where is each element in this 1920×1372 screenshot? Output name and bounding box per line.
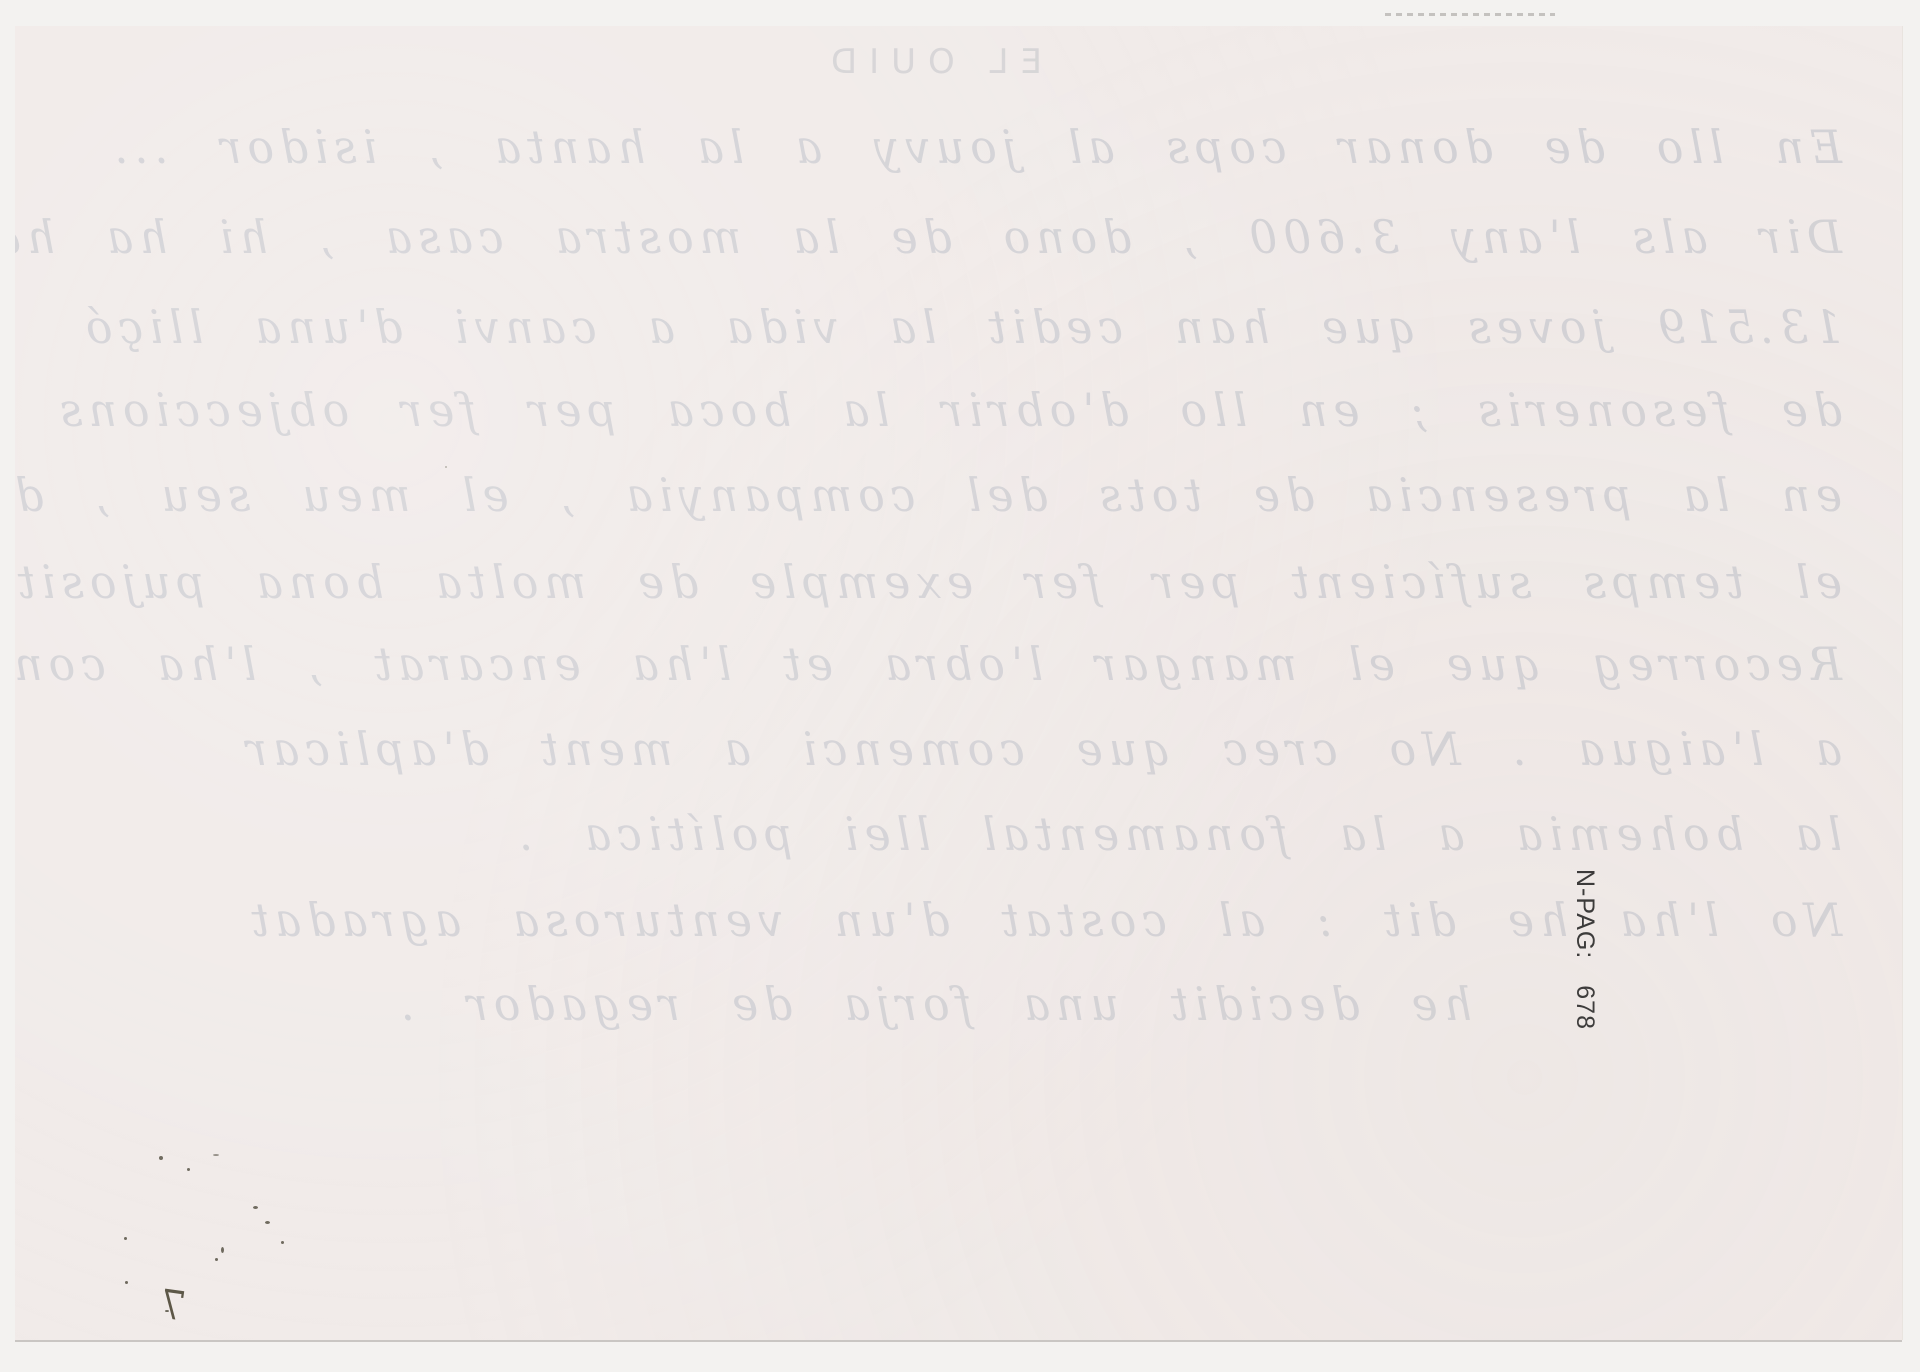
scanner-edge-marks — [1385, 13, 1555, 16]
page-number-stamp: N-PAG:678 — [1570, 869, 1599, 1030]
dust-speck — [187, 1168, 190, 1171]
handwritten-line-6: el temps sufícient per fer exemple de mo… — [15, 556, 1842, 610]
handwritten-line-7: Recorreg que el mangar l'obra et l'ha en… — [15, 638, 1842, 692]
handwritten-line-4: de fesoneris ; en llo d'obrir la boca pe… — [15, 384, 1842, 438]
dust-speck — [253, 1206, 258, 1209]
dust-speck — [159, 1156, 163, 1160]
handwritten-line-5: en la presencia de tots del companyia , … — [15, 469, 1842, 523]
handwritten-line-9: la bohemia a la fonamental llei política… — [513, 808, 1842, 862]
dust-speck — [221, 1247, 224, 1253]
handwritten-line-8: a l'aigua . No crec que comenci a ment d… — [240, 723, 1842, 777]
handwritten-line-2: Dir als l'any 3.600 , dono de la mostra … — [15, 211, 1842, 265]
mirrored-heading: EL OUID — [819, 42, 1042, 82]
dust-speck — [281, 1241, 284, 1244]
dust-speck — [265, 1221, 270, 1224]
dust-speck — [124, 1237, 127, 1240]
handwritten-line-10: No l'ha he dit : al costat d'un venturos… — [245, 894, 1842, 948]
handwritten-line-3: 13.519 joves que han cedit la vida a can… — [80, 301, 1842, 355]
dust-speck — [215, 1258, 218, 1261]
stamp-number: 678 — [1571, 985, 1599, 1030]
stamp-label: N-PAG: — [1571, 869, 1599, 959]
handwritten-line-11: he decidit una forja de regador . — [395, 978, 1472, 1032]
handwritten-line-1: En llo de donar cops al jouvy a la hanta… — [109, 121, 1842, 175]
dust-speck — [125, 1281, 128, 1284]
dust-speck — [213, 1154, 219, 1156]
letter-sheet: EL OUID En llo de donar cops al jouvy a … — [15, 26, 1902, 1340]
dust-speck — [445, 466, 447, 468]
ink-show-through: EL OUID En llo de donar cops al jouvy a … — [15, 26, 1902, 1340]
